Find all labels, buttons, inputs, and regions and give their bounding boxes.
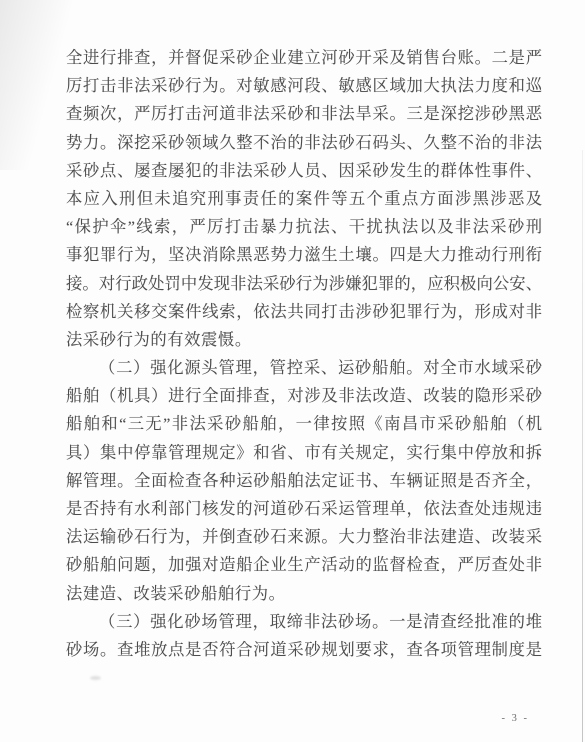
text-line: 解管理。全面检查各种运砂船舶法定证书、车辆证照是否齐全， — [66, 467, 542, 495]
text-line: 法采砂行为的有效震慑。 — [66, 326, 542, 354]
text-line: 检察机关移交案件线索，依法共同打击涉砂犯罪行为，形成对非 — [66, 298, 542, 326]
text-line: 船舶（机具）进行全面排查，对涉及非法改造、改装的隐形采砂 — [66, 382, 542, 410]
text-line: 接。对行政处罚中发现非法采砂行为涉嫌犯罪的，应积极向公安、 — [66, 270, 542, 298]
text-line: 砂场。查堆放点是否符合河道采砂规划要求，查各项管理制度是 — [66, 636, 542, 664]
scan-smudge — [90, 676, 101, 680]
scan-edge-line — [582, 150, 583, 742]
text-line: 本应入刑但未追究刑事责任的案件等五个重点方面涉黑涉恶及 — [66, 185, 542, 213]
text-line: 是否持有水利部门核发的河道砂石采运管理单，依法查处违规违 — [66, 495, 542, 523]
text-line: （三）强化砂场管理，取缔非法砂场。一是清查经批准的堆 — [66, 608, 542, 636]
text-line: 全进行排查，并督促采砂企业建立河砂开采及销售台账。二是严 — [66, 44, 542, 72]
document-text-block: 全进行排查，并督促采砂企业建立河砂开采及销售台账。二是严厉打击非法采砂行为。对敏… — [66, 44, 542, 664]
text-line: 势力。深挖采砂领域久整不治的非法砂石码头、久整不治的非法 — [66, 129, 542, 157]
text-line: 法运输砂石行为，并倒查砂石来源。大力整治非法建造、改装采 — [66, 523, 542, 551]
text-line: “保护伞”线索，严厉打击暴力抗法、干扰执法以及非法采砂刑 — [66, 213, 542, 241]
document-page: 全进行排查，并督促采砂企业建立河砂开采及销售台账。二是严厉打击非法采砂行为。对敏… — [0, 0, 585, 742]
text-line: 厉打击非法采砂行为。对敏感河段、敏感区域加大执法力度和巡 — [66, 72, 542, 100]
text-line: 法建造、改装采砂船舶行为。 — [66, 580, 542, 608]
text-line: 采砂点、屡查屡犯的非法采砂人员、因采砂发生的群体性事件、 — [66, 157, 542, 185]
text-line: 查频次，严厉打击河道非法采砂和非法旱采。三是深挖涉砂黑恶 — [66, 100, 542, 128]
text-line: 具）集中停靠管理规定》和省、市有关规定，实行集中停放和拆 — [66, 439, 542, 467]
text-line: （二）强化源头管理，管控采、运砂船舶。对全市水域采砂 — [66, 354, 542, 382]
text-line: 船舶和“三无”非法采砂船舶，一律按照《南昌市采砂船舶（机 — [66, 410, 542, 438]
page-number: - 3 - — [502, 713, 530, 724]
text-line: 事犯罪行为，坚决消除黑恶势力滋生土壤。四是大力推动行刑衔 — [66, 241, 542, 269]
text-line: 砂船舶问题，加强对造船企业生产活动的监督检查，严厉查处非 — [66, 551, 542, 579]
